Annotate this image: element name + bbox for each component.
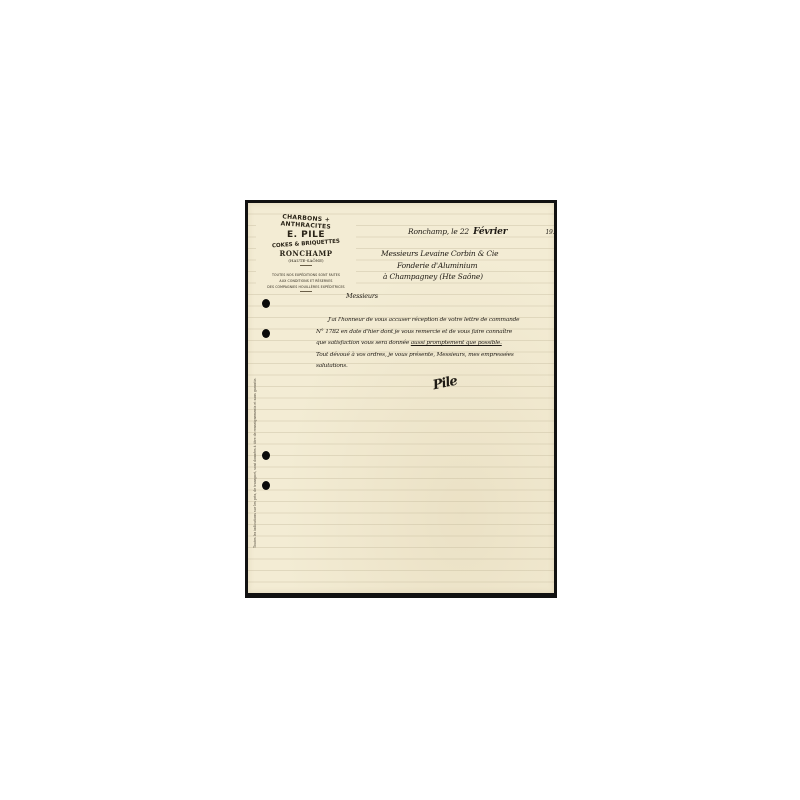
salutation: Messieurs: [346, 291, 378, 303]
letterhead-region: (HAUTE-SAÔNE): [256, 258, 356, 264]
signature: Pile: [432, 376, 458, 392]
viewer-stage: CHARBONS + ANTHRACITES E. PILE COKES & B…: [0, 0, 800, 800]
recipient-address: Messieurs Levaine Corbin & Cie Fonderie …: [381, 248, 498, 283]
body-line: que satisfaction vous sera donnée aussi …: [316, 338, 548, 350]
letter-page: CHARBONS + ANTHRACITES E. PILE COKES & B…: [248, 203, 554, 593]
letterhead-divider: [300, 291, 312, 292]
body-line: J'ai l'honneur de vous accuser réception…: [316, 315, 548, 327]
dateline: Ronchamp, le 22 Février 19...: [408, 226, 554, 239]
underlined-phrase: aussi promptement que possible.: [411, 340, 502, 346]
recipient-line: Fonderie d'Aluminium: [381, 260, 498, 272]
document-frame: CHARBONS + ANTHRACITES E. PILE COKES & B…: [245, 200, 557, 598]
letter-body: J'ai l'honneur de vous accuser réception…: [316, 315, 548, 373]
punch-hole: [262, 299, 270, 308]
margin-notice: Toutes les indications sur les prix, de …: [253, 308, 257, 548]
date-day: 22: [460, 227, 469, 236]
date-year: 19...: [545, 227, 554, 239]
letterhead: CHARBONS + ANTHRACITES E. PILE COKES & B…: [256, 215, 356, 293]
letterhead-divider: [300, 265, 312, 266]
punch-hole: [262, 481, 270, 490]
letterhead-notice-line: DES COMPAGNIES HOUILLÈRES EXPÉDITRICES: [256, 284, 356, 290]
body-line: salutations.: [316, 361, 548, 373]
body-line: Tout dévoué à vos ordres, je vous présen…: [316, 350, 548, 362]
recipient-line: à Champagney (Hte Saône): [381, 271, 498, 283]
date-place: Ronchamp, le: [408, 227, 458, 236]
body-line: N° 1782 en date d'hier dont je vous reme…: [316, 327, 548, 339]
punch-hole: [262, 451, 270, 460]
recipient-line: Messieurs Levaine Corbin & Cie: [381, 248, 498, 260]
date-month: Février: [473, 227, 507, 237]
punch-hole: [262, 329, 270, 338]
